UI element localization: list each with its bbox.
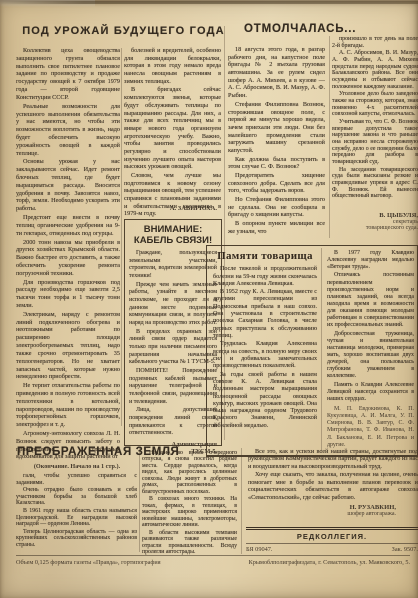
paragraph: Для производства горшочков под рассаду н…	[16, 279, 120, 310]
preobrazhennaya-column-1: гали, чтобы успешно справиться с задания…	[16, 473, 137, 550]
obituary-box-pamyati-tovarishcha: Памяти товарища После тяжелой и продолжи…	[206, 245, 418, 457]
paragraph: В 1952 году К. А. Левицкая, вместе с дру…	[213, 289, 317, 340]
paragraph: Уголовное дело было заведено также на ст…	[332, 91, 418, 118]
headline-urozhai: ПОД УРОЖАЙ БУДУЩЕГО ГОДА	[16, 25, 231, 37]
scan-edge-top	[0, 1, 418, 4]
signature-role: шофер автогаража.	[248, 511, 396, 517]
notice-title-line-1: ВНИМАНИЕ:	[129, 224, 217, 235]
otmolchalas-column-2: произошло в тот день на поле 2-й бригады…	[332, 36, 418, 201]
index-code: БЯ 09047.	[246, 546, 273, 553]
paragraph: 18 августа этого года, в разгар рабочего…	[228, 46, 325, 100]
order-code: Зак. 9507.	[392, 546, 418, 553]
headline-pamyati-tovarishcha: Памяти товарища	[213, 250, 317, 263]
notice-body: Граждане, пользующиеся земельными участк…	[129, 250, 217, 438]
paragraph: На заседании товарищеского суда были выс…	[332, 167, 418, 200]
paragraph: Прежде чем начать земляные работы, узнай…	[129, 282, 217, 328]
paragraph: За годы своей работы в нашем совхозе К. …	[213, 372, 317, 431]
paragraph: Коллектив цеха овощеводства защищенного …	[16, 47, 120, 102]
preobrazhennaya-column-3: Все это, как и успехи всей нашей страны,…	[248, 448, 418, 502]
paragraph: Лица, допустившие повреждения линий связ…	[129, 407, 217, 438]
paragraph: В опорном пункте милиции все же узнали, …	[228, 220, 325, 235]
paragraph: В пределах охранных зон линий связи орде…	[129, 329, 217, 367]
paragraph: Электрикам, наряду с ремонтом линий подк…	[16, 311, 120, 381]
editorial-footer: РЕДКОЛЛЕГИЯ. БЯ 09047. Зак. 9507.	[246, 527, 418, 553]
preobrazhennaya-column-2: Недавно, во время очередного отпуска, я …	[142, 450, 237, 557]
paragraph: А. С. Абросимов, В. И. Мазур, А. Ф. Рыби…	[332, 50, 418, 90]
signature-name: В. ЦЫБУЛЯ,	[332, 212, 418, 219]
signature-tsybulya: В. ЦЫБУЛЯ, секретарь товарищеского суда.	[332, 212, 418, 231]
paragraph: болезней и вредителей, особенно для ликв…	[124, 47, 221, 85]
paragraph: гали, чтобы успешно справиться с задания…	[16, 473, 137, 486]
obituary-signatories: М. П. Евдокимова, К. П. Кукулевица, А. И…	[327, 406, 414, 449]
paragraph: Недавно, во время очередного отпуска, я …	[142, 450, 237, 495]
paragraph: Как должна была поступить в этом случае …	[228, 156, 325, 171]
paragraph: В 1961 году наша область стала называтьс…	[16, 508, 137, 528]
paragraph: Предстоит еще внести в почву теплиц орга…	[16, 214, 120, 237]
paragraph: В 1977 году Клавдию Алексеевну наградили…	[327, 250, 414, 271]
paragraph: произошло в тот день на поле 2-й бригады…	[332, 36, 418, 49]
urozhai-column-1: Коллектив цеха овощеводства защищенного …	[16, 47, 120, 462]
paragraph: Предотвратить хищение совхозного добра. …	[228, 172, 325, 195]
paragraph: Хочу еще сказать, что закалка, полученна…	[248, 471, 418, 501]
paragraph: Добросовестная труженица, чуткая и внима…	[327, 331, 414, 381]
paragraph: В совхозах много техники. На токах, ферм…	[142, 496, 237, 528]
urozhai-column-2: болезней и вредителей, особенно для ликв…	[124, 47, 221, 219]
imprint-line: Объем 0,125 формата газеты «Правда», гор…	[16, 555, 410, 566]
paragraph: Учитывая то, что С. Ф. Вознюк впервые до…	[332, 119, 418, 166]
continuation-note: (Окончание. Начало на 1 стр.).	[16, 463, 138, 470]
paragraph: 2000 тонн навоза мы приобрели в других х…	[16, 239, 120, 278]
paragraph: Реальные возможности для успешного выпол…	[16, 103, 120, 158]
paragraph: После тяжелой и продолжительной болезни …	[213, 266, 317, 288]
notice-title-line-2: КАБЕЛЬ СВЯЗИ!	[129, 235, 217, 246]
imprint-volume: Объем 0,125 формата газеты «Правда», гор…	[16, 559, 161, 566]
column-rule	[224, 26, 225, 440]
column-rule	[321, 248, 322, 453]
newspaper-page: ПОД УРОЖАЙ БУДУЩЕГО ГОДА Коллектив цеха …	[0, 0, 418, 598]
obituary-column-2: В 1977 году Клавдию Алексеевну наградили…	[327, 250, 414, 449]
signature-zaviryukha: А. ЗАВИРЮХА.	[124, 205, 217, 212]
obituary-column-1: Памяти товарища После тяжелой и продолжи…	[213, 250, 317, 431]
paragraph: Теперь Целиноградская область — одна из …	[16, 529, 137, 549]
paragraph: Граждане, пользующиеся земельными участк…	[129, 250, 217, 281]
imprint-printer: Крымоблполиграфиздата, г. Севастополь, у…	[249, 559, 410, 566]
print-codes-row: БЯ 09047. Зак. 9507.	[246, 543, 418, 553]
paragraph: Не терпят отлагательства работы по приве…	[16, 382, 120, 429]
signature-ruzavkin: Н. РУЗАВКИН, шофер автогаража.	[248, 504, 396, 517]
paragraph: Отличаясь постоянным перевыполнением про…	[327, 272, 414, 329]
paragraph: Трудилась Клавдия Алексеевна всегда на с…	[213, 341, 317, 370]
column-rule	[329, 36, 330, 238]
column-rule	[241, 448, 242, 554]
paragraph: В области высокими темпами развиваются т…	[142, 530, 237, 556]
editorial-board-label: РЕДКОЛЛЕГИЯ.	[246, 532, 418, 541]
paragraph: Но Стефания Филипповна этого не сделала.…	[228, 196, 325, 219]
paragraph: Все это, как и успехи всей нашей страны,…	[248, 448, 418, 470]
paragraph: Память о Клавдии Алексеевне Левицкой нав…	[327, 382, 414, 403]
column-rule	[139, 448, 140, 552]
column-rule	[121, 48, 122, 426]
paragraph: Стефания Филипповна Вознюк, сторожившая …	[228, 101, 325, 155]
signature-role: товарищеского суда.	[332, 225, 418, 231]
headline-otmolchalas: ОТМОЛЧАЛАСЬ...	[244, 23, 356, 35]
paragraph: Очень отрадно было сознавать и себя учас…	[16, 487, 137, 507]
paragraph: Основы урожая у нас закладываются сейчас…	[16, 158, 120, 213]
otmolchalas-column-1: 18 августа этого года, в разгар рабочего…	[228, 46, 325, 237]
signature-name: Н. РУЗАВКИН,	[248, 504, 396, 511]
paragraph: В бригадах сейчас комплектуются звенья, …	[124, 86, 221, 171]
paragraph: ПОМНИТЕ! Повреждение подземных кабелей в…	[129, 368, 217, 406]
